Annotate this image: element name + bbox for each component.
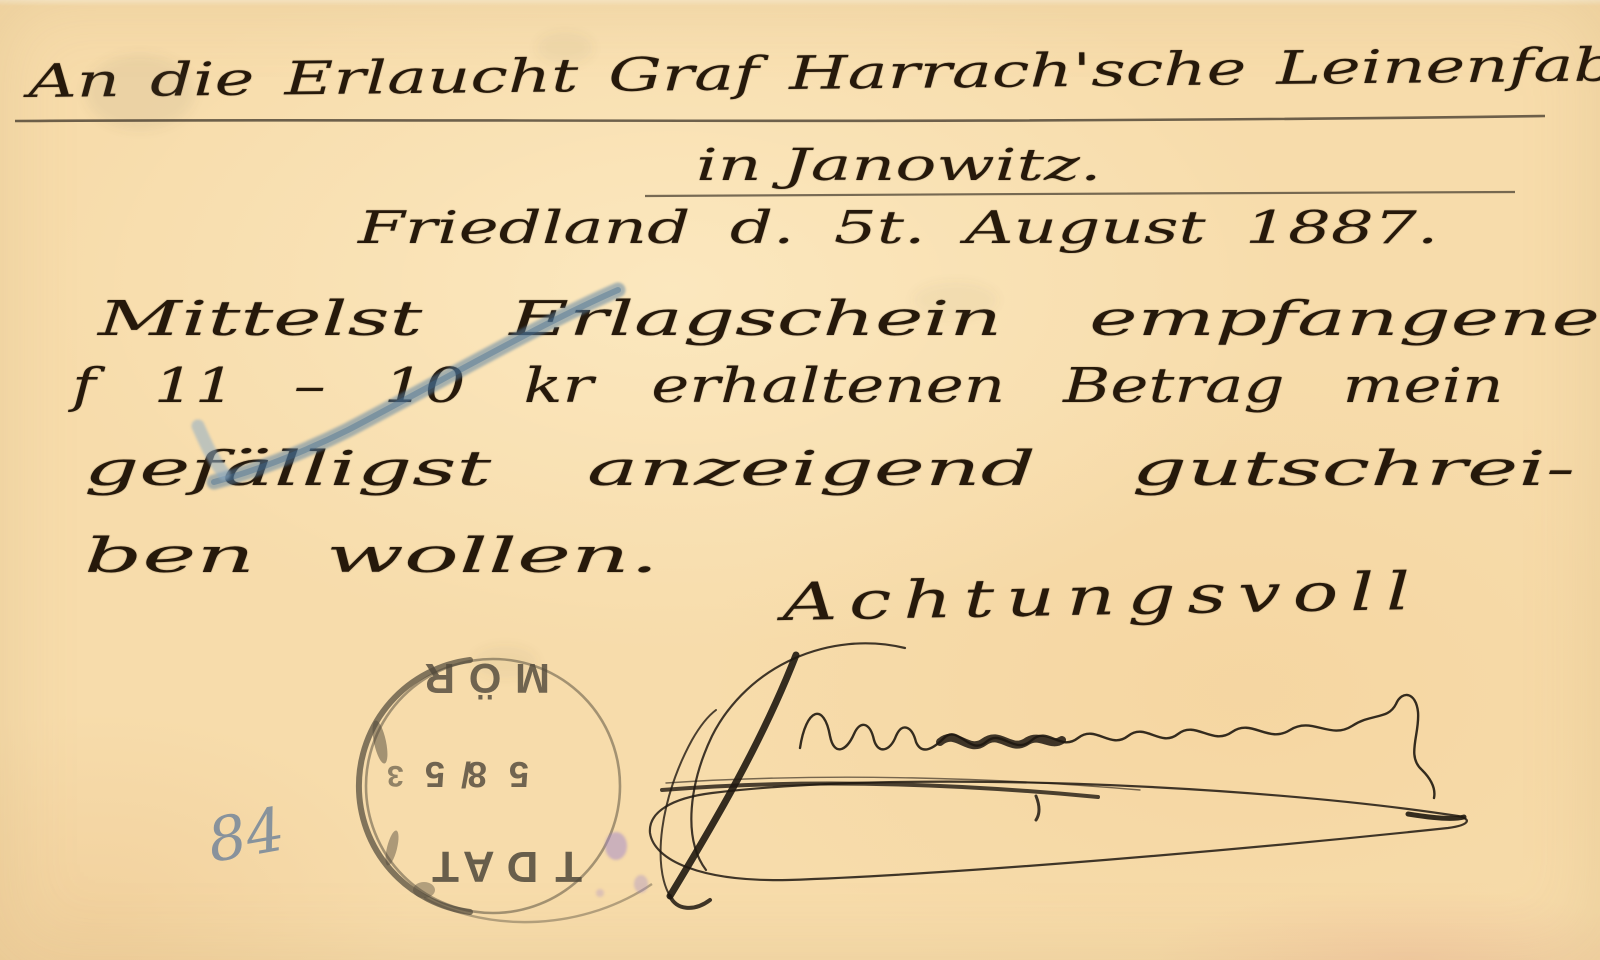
postmark-circle [366,659,620,913]
body-line-4: ben wollen. [84,530,659,583]
signature-underline-ellipse [650,782,1467,881]
body-line-2: f 11 – 10 kr erhaltenen Betrag mein [72,360,1504,413]
body-line-1: Mittelst Erlagschein empfangenen [98,293,1600,346]
body-line-3: gefälligst anzeigend gutschrei- [84,443,1575,496]
postmark-outer-arc-fragment [424,884,652,922]
violet-ink-blot [596,832,648,897]
postmark-side-numeral: 3 [387,759,404,792]
postmark-date-text: 5/8 5 [419,754,529,795]
postcard-paper: An die Erlaucht Graf Harrach'sche Leinen… [0,0,1600,960]
address-line-2: in Janowitz. [696,142,1102,190]
ruled-line-2 [645,192,1515,196]
signature-flourish [650,643,1467,908]
postmark-stamp: RÖM TADT 5/8 5 3 [359,655,652,922]
ruled-line-1 [15,116,1545,121]
blue-number-annotation: 84 [202,795,289,877]
closing-salutation: Achtungsvoll [782,564,1422,632]
address-line-1: An die Erlaucht Graf Harrach'sche Leinen… [28,38,1600,106]
signature-name-squiggle [800,695,1434,798]
postmark-arc-bottom-text: TADT [423,842,582,891]
postmark-arc-top-text: RÖM [409,655,550,702]
dateline: Friedland d. 5t. August 1887. [358,203,1438,253]
